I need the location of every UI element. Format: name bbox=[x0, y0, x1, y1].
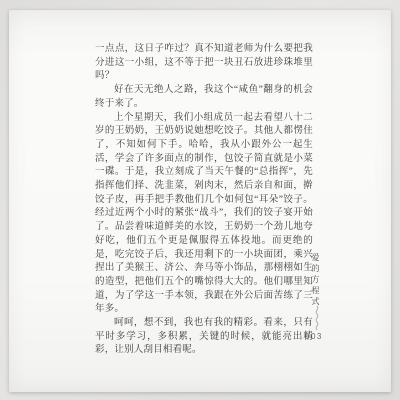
page-text: 一点点，这日子咋过？真不知道老师为什么要把我分进这一小组，这不等于把一块丑石放进… bbox=[95, 43, 313, 358]
paragraph: 好在天无绝人之路，我这个“咸鱼”翻身的机会终于来了。 bbox=[95, 84, 313, 111]
book-page-photo: 一点点，这日子咋过？真不知道老师为什么要把我分进这一小组，这不等于把一块丑石放进… bbox=[0, 0, 400, 400]
paragraph: 上个星期天，我们小组成员一起去看望八十二岁的王奶奶，王奶奶说她想吃饺子。其他人都… bbox=[95, 112, 313, 318]
page-number: 003 bbox=[305, 332, 335, 341]
vertical-book-title: 爱的方程式 bbox=[310, 253, 321, 308]
paragraph: 一点点，这日子咋过？真不知道老师为什么要把我分进这一小组，这不等于把一块丑石放进… bbox=[95, 43, 313, 84]
book-page: 一点点，这日子咋过？真不知道老师为什么要把我分进这一小组，这不等于把一块丑石放进… bbox=[9, 10, 391, 392]
paragraph: 呵呵，想不到，我也有我的精彩。看来，只有平时多学习，多积累，关键的时候，就能亮出… bbox=[95, 317, 313, 358]
flourish-icon bbox=[312, 305, 322, 331]
